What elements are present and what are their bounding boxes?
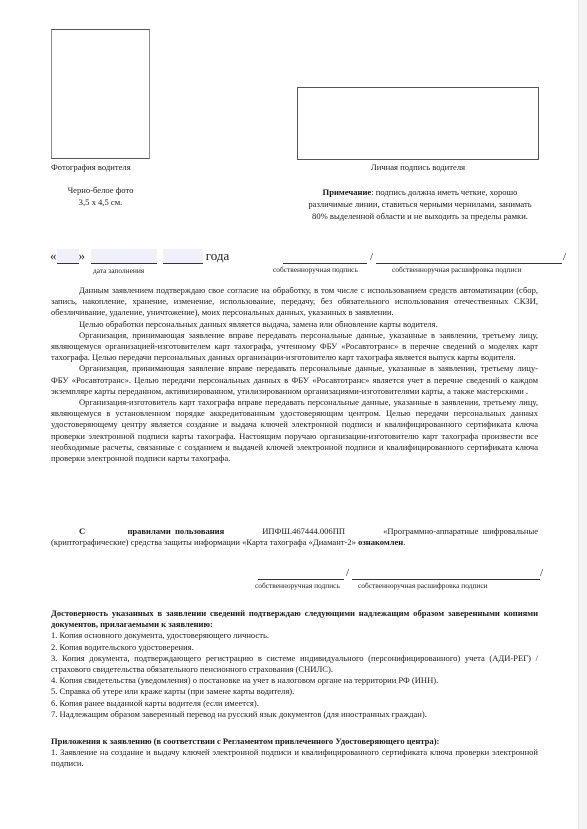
day-field[interactable] [57,249,79,264]
decode-label-1: собственноручная расшифровка подписи [392,265,522,274]
slash-2-end: / [540,567,543,579]
document-item: 6. Копия ранее выданной карты водителя (… [51,698,538,709]
signature-line-1[interactable] [283,262,367,264]
attachments-section: Приложения к заявлению (в соответствии с… [51,736,538,770]
year-word: года [206,248,230,263]
documents-heading: Достоверность указанных в заявлении свед… [51,608,538,630]
paragraph: Целью обработки персональных данных явля… [51,319,538,330]
document-item: 2. Копия водительского удостоверения. [51,642,538,653]
rules-bold: правилами пользования [127,526,224,536]
decode-line-2[interactable] [352,578,540,580]
year-field[interactable] [163,249,203,264]
date-row: «» года [50,248,229,264]
close-quote: » [79,248,86,263]
photo-size-note: Черно-белое фото 3,5 х 4,5 см. [51,184,150,208]
signature-box-caption: Личная подпись водителя [297,162,539,172]
photo-placeholder-box [51,29,150,159]
signature-note: Примечание: подпись должна иметь четкие,… [303,186,537,222]
paragraph: Организация, принимающая заявление вправ… [51,330,538,364]
rules-text: С правилами пользования ИПФШ.467444.006П… [51,526,538,548]
documents-section: Достоверность указанных в заявлении свед… [51,608,538,720]
decode-label-2: собственноручная расшифровка подписи [358,581,488,590]
rules-paragraph: С правилами пользования ИПФШ.467444.006П… [51,526,538,548]
date-label: дата заполнения [93,266,144,275]
document-item: 1. Копия основного документа, удостоверя… [51,630,538,641]
signature-line-2[interactable] [258,578,344,580]
document-item: 7. Надлежащим образом заверенный перевод… [51,709,538,720]
rules-c: С [79,526,85,536]
signature-label-2: собственноручная подпись [255,581,340,590]
rules-end: . [403,537,405,547]
paragraph: Организация, принимающая заявление вправ… [51,363,538,397]
decode-line-1[interactable] [376,262,562,264]
attachment-item: 1. Заявление на создание и выдачу ключей… [51,747,538,769]
consent-text: Данным заявлением подтверждаю свое согла… [51,285,538,464]
signature-label-1: собственноручная подпись [273,265,358,274]
slash-1: / [370,251,373,263]
signature-box [297,87,539,160]
page-edge [578,0,587,829]
photo-caption: Фотография водителя [51,162,150,172]
photo-note-line1: Черно-белое фото [51,184,150,196]
paragraph: Организация-изготовитель карт тахографа … [51,397,538,464]
photo-note-line2: 3,5 х 4,5 см. [51,196,150,208]
paragraph: Данным заявлением подтверждаю свое согла… [51,285,538,319]
note-label: Примечание [323,187,372,197]
rules-code: ИПФШ.467444.006ПП [262,526,345,536]
month-field[interactable] [91,249,157,264]
document-item: 5. Справка об утере или краже карты (при… [51,686,538,697]
slash-1-end: / [563,251,566,263]
document-item: 3. Копия документа, подтверждающего реги… [51,653,538,675]
rules-acknowledged: ознакомлен [358,537,403,547]
attachments-heading: Приложения к заявлению (в соответствии с… [51,736,538,747]
slash-2: / [346,567,349,579]
document-item: 4. Копия свидетельства (уведомления) о п… [51,675,538,686]
